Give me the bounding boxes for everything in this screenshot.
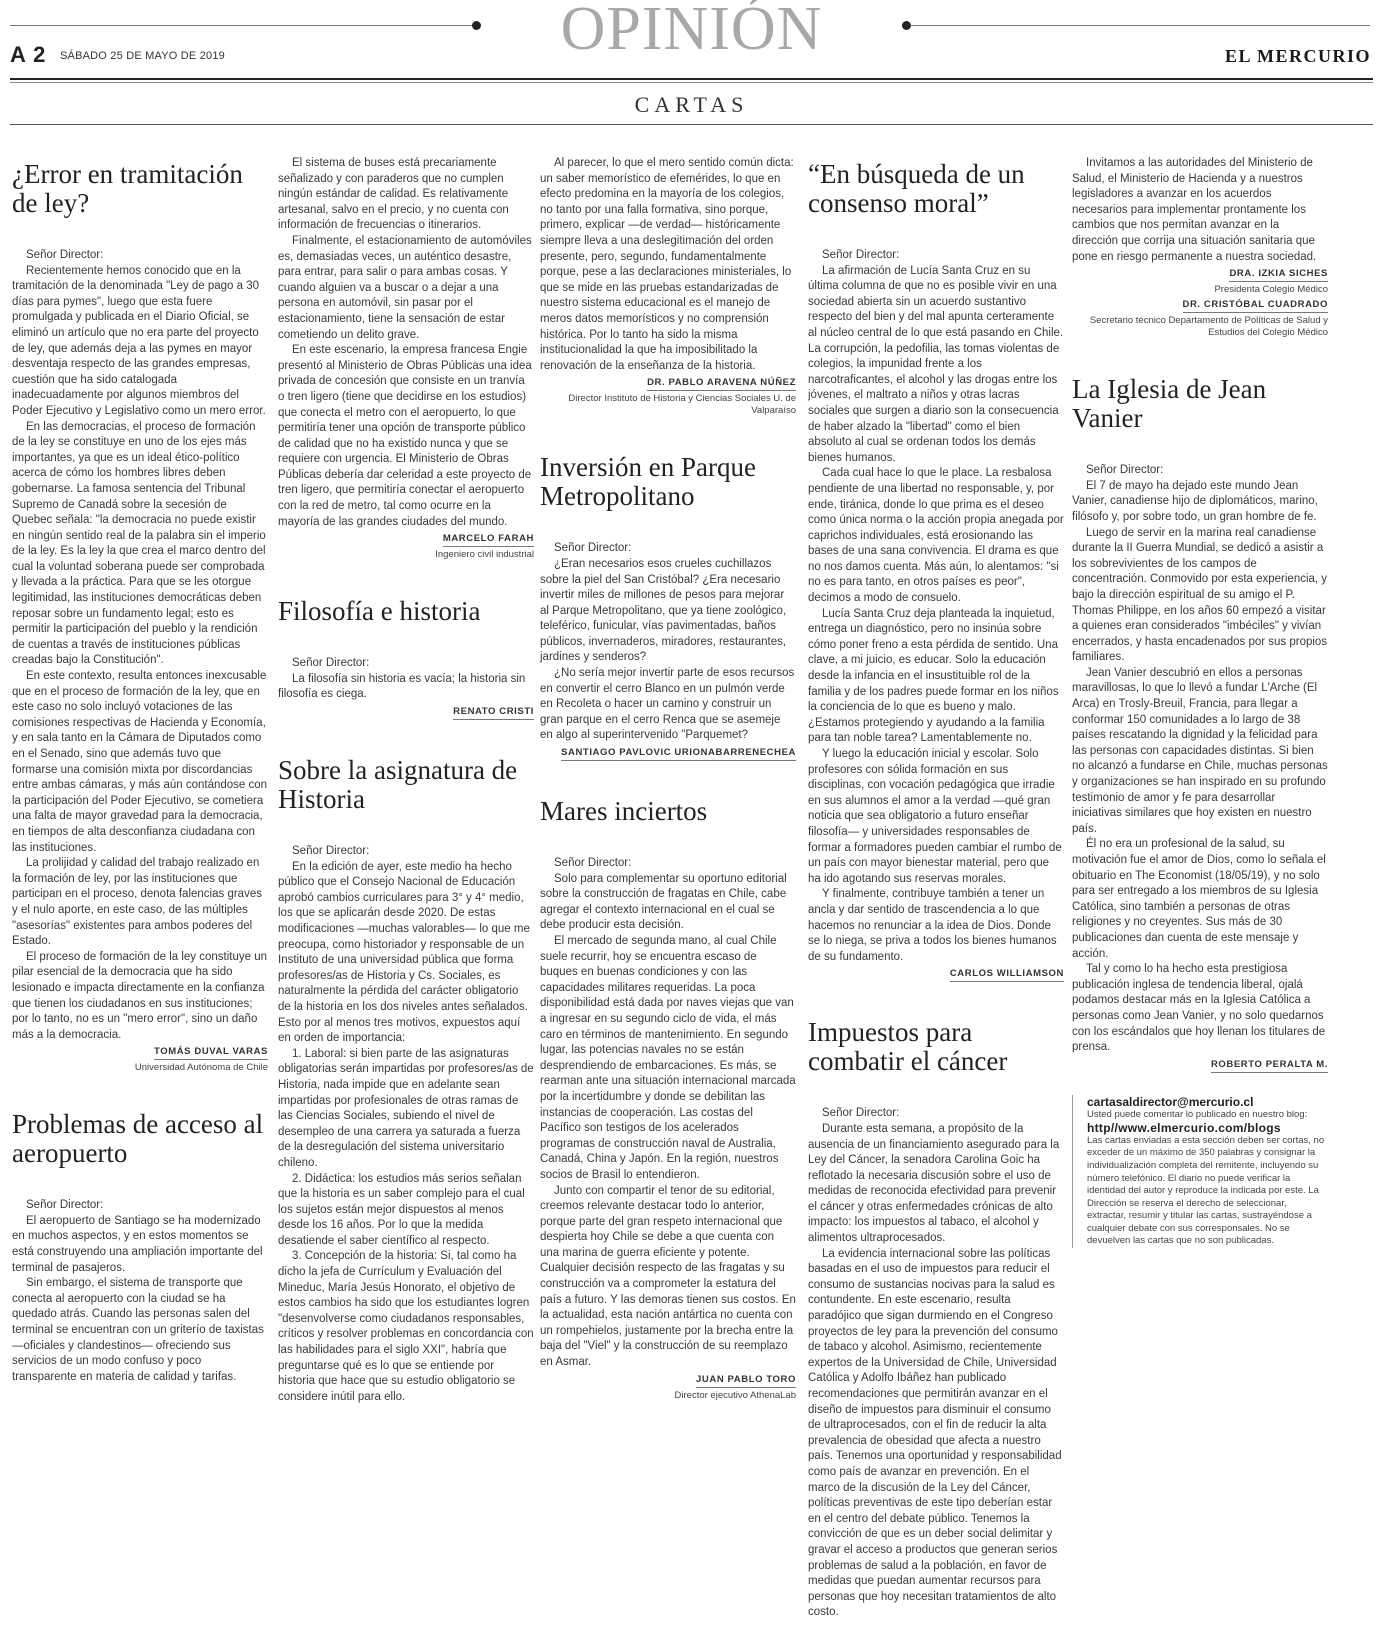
salutation: Señor Director:: [278, 656, 534, 672]
paragraph: El proceso de formación de la ley consti…: [12, 950, 268, 1044]
paragraph: Durante esta semana, a propósito de la a…: [808, 1122, 1064, 1247]
paragraph: 3. Concepción de la historia: Si, tal co…: [278, 1249, 534, 1405]
paragraph: Invitamos a las autoridades del Minister…: [1072, 156, 1328, 265]
signature: SANTIAGO PAVLOVIC URIONABARRENECHEA: [540, 747, 796, 761]
paragraph: Finalmente, el estacionamiento de automó…: [278, 234, 534, 343]
page-number: A 2: [10, 42, 46, 68]
paragraph: Tal y como lo ha hecho esta prestigiosa …: [1072, 962, 1328, 1056]
paragraph: Junto con compartir el tenor de su edito…: [540, 1184, 796, 1371]
newspaper-name: EL MERCURIO: [1225, 46, 1371, 67]
signature-name: DR. PABLO ARAVENA NÚÑEZ: [647, 377, 796, 391]
salutation: Señor Director:: [12, 248, 268, 264]
paragraph: Recientemente hemos conocido que en la t…: [12, 264, 268, 420]
signature-name: DR. CRISTÓBAL CUADRADO: [1183, 299, 1329, 313]
letter-headline: ¿Error en tramitación de ley?: [12, 160, 268, 218]
signature: TOMÁS DUVAL VARAS: [12, 1046, 268, 1060]
letter-headline: Sobre la asignatura de Historia: [278, 756, 534, 814]
paragraph: En la edición de ayer, este medio ha hec…: [278, 860, 534, 1047]
signature: DRA. IZKIA SICHES: [1072, 268, 1328, 282]
salutation: Señor Director:: [1072, 463, 1328, 479]
letter-acceso-aeropuerto-cont: El sistema de buses está precariamente s…: [278, 156, 534, 561]
issue-date: SÁBADO 25 DE MAYO DE 2019: [60, 50, 225, 62]
salutation: Señor Director:: [278, 844, 534, 860]
salutation: Señor Director:: [808, 1106, 1064, 1122]
subsection-divider: [10, 124, 1373, 125]
signature-name: TOMÁS DUVAL VARAS: [154, 1046, 268, 1060]
affiliation: Ingeniero civil industrial: [278, 549, 534, 561]
affiliation: Director Instituto de Historia y Ciencia…: [540, 393, 796, 417]
letter-impuestos-cancer-cont: Invitamos a las autoridades del Minister…: [1072, 156, 1328, 339]
letter-asignatura-historia: Sobre la asignatura de Historia Señor Di…: [278, 756, 534, 1405]
paragraph: La filosofía sin historia es vacía; la h…: [278, 672, 534, 703]
paragraph: Solo para complementar su oportuno edito…: [540, 872, 796, 934]
paragraph: Él no era un profesional de la salud, su…: [1072, 837, 1328, 962]
letter-headline: Inversión en Parque Metropolitano: [540, 453, 796, 511]
signature-name: MARCELO FARAH: [443, 533, 534, 547]
salutation: Señor Director:: [540, 541, 796, 557]
letter-headline: Problemas de acceso al aeropuerto: [12, 1110, 268, 1168]
submission-rules: Las cartas enviadas a esta sección deben…: [1087, 1135, 1328, 1248]
letter-headline: La Iglesia de Jean Vanier: [1072, 375, 1328, 433]
signature-name: JUAN PABLO TORO: [696, 1374, 796, 1388]
paragraph: Sin embargo, el sistema de transporte qu…: [12, 1276, 268, 1385]
paragraph: Jean Vanier descubrió en ellos a persona…: [1072, 666, 1328, 838]
affiliation: Secretario técnico Departamento de Polít…: [1072, 315, 1328, 339]
paragraph: Lucía Santa Cruz deja planteada la inqui…: [808, 607, 1064, 747]
signature-name: DRA. IZKIA SICHES: [1229, 268, 1328, 282]
paragraph: Y luego la educación inicial y escolar. …: [808, 747, 1064, 887]
letter-consenso-moral: “En búsqueda de un consenso moral” Señor…: [808, 160, 1064, 982]
salutation: Señor Director:: [808, 248, 1064, 264]
signature: JUAN PABLO TORO: [540, 1374, 796, 1388]
letter-iglesia-jean-vanier: La Iglesia de Jean Vanier Señor Director…: [1072, 375, 1328, 1073]
letter-mares-inciertos: Mares inciertos Señor Director: Solo par…: [540, 797, 796, 1402]
paragraph: La prolijidad y calidad del trabajo real…: [12, 856, 268, 950]
paragraph: En las democracias, el proceso de formac…: [12, 420, 268, 670]
salutation: Señor Director:: [540, 856, 796, 872]
contact-email-link[interactable]: cartasaldirector@mercurio.cl: [1087, 1095, 1328, 1109]
signature-name: ROBERTO PERALTA M.: [1211, 1059, 1328, 1073]
column-3: Al parecer, lo que el mero sentido común…: [540, 156, 796, 1402]
masthead-divider: [10, 78, 1373, 80]
paragraph: En este escenario, la empresa francesa E…: [278, 343, 534, 530]
paragraph: ¿Eran necesarios esos crueles cuchillazo…: [540, 557, 796, 666]
paragraph: ¿No sería mejor invertir parte de esos r…: [540, 666, 796, 744]
paragraph: Cada cual hace lo que le place. La resba…: [808, 466, 1064, 606]
signature: MARCELO FARAH: [278, 533, 534, 547]
masthead-divider-thin: [10, 82, 1373, 83]
letter-parque-metropolitano: Inversión en Parque Metropolitano Señor …: [540, 453, 796, 761]
affiliation: Presidenta Colegio Médico: [1072, 284, 1328, 296]
salutation: Señor Director:: [12, 1198, 268, 1214]
paragraph: El mercado de segunda mano, al cual Chil…: [540, 934, 796, 1184]
letter-impuestos-cancer: Impuestos para combatir el cáncer Señor …: [808, 1018, 1064, 1621]
affiliation: Director ejecutivo AthenaLab: [540, 1390, 796, 1402]
column-4: “En búsqueda de un consenso moral” Señor…: [808, 150, 1064, 1621]
letter-headline: Filosofía e historia: [278, 597, 534, 626]
paragraph: Al parecer, lo que el mero sentido común…: [540, 156, 796, 374]
signature-name: RENATO CRISTI: [453, 706, 534, 720]
letter-error-tramitacion: ¿Error en tramitación de ley? Señor Dire…: [12, 160, 268, 1074]
signature: RENATO CRISTI: [278, 706, 534, 720]
column-2: El sistema de buses está precariamente s…: [278, 156, 534, 1405]
signature-name: CARLOS WILLIAMSON: [950, 968, 1064, 982]
column-5: Invitamos a las autoridades del Minister…: [1072, 156, 1328, 1248]
signature-name: SANTIAGO PAVLOVIC URIONABARRENECHEA: [561, 747, 796, 761]
signature: ROBERTO PERALTA M.: [1072, 1059, 1328, 1073]
affiliation: Universidad Autónoma de Chile: [12, 1062, 268, 1074]
paragraph: El aeropuerto de Santiago se ha moderniz…: [12, 1214, 268, 1276]
paragraph: El 7 de mayo ha dejado este mundo Jean V…: [1072, 479, 1328, 526]
blog-url-link[interactable]: http//www.elmercurio.com/blogs: [1087, 1121, 1328, 1135]
paragraph: La afirmación de Lucía Santa Cruz en su …: [808, 264, 1064, 467]
letter-acceso-aeropuerto: Problemas de acceso al aeropuerto Señor …: [12, 1110, 268, 1385]
subsection-title: CARTAS: [0, 92, 1383, 118]
signature: DR. CRISTÓBAL CUADRADO: [1072, 299, 1328, 313]
signature: CARLOS WILLIAMSON: [808, 968, 1064, 982]
paragraph: La evidencia internacional sobre las pol…: [808, 1247, 1064, 1621]
paragraph: En este contexto, resulta entonces inexc…: [12, 669, 268, 856]
letter-headline: Mares inciertos: [540, 797, 796, 826]
signature: DR. PABLO ARAVENA NÚÑEZ: [540, 377, 796, 391]
paragraph: Y finalmente, contribuye también a tener…: [808, 887, 1064, 965]
letter-headline: Impuestos para combatir el cáncer: [808, 1018, 1064, 1076]
paragraph: 2. Didáctica: los estudios más serios se…: [278, 1172, 534, 1250]
blog-intro: Usted puede comentar lo publicado en nue…: [1087, 1109, 1328, 1121]
letter-headline: “En búsqueda de un consenso moral”: [808, 160, 1064, 218]
paragraph: 1. Laboral: si bien parte de las asignat…: [278, 1047, 534, 1172]
column-1: ¿Error en tramitación de ley? Señor Dire…: [12, 150, 268, 1385]
letter-filosofia-historia: Filosofía e historia Señor Director: La …: [278, 597, 534, 720]
submission-info-box: cartasaldirector@mercurio.cl Usted puede…: [1072, 1095, 1328, 1248]
letter-asignatura-historia-cont: Al parecer, lo que el mero sentido común…: [540, 156, 796, 417]
paragraph: El sistema de buses está precariamente s…: [278, 156, 534, 234]
masthead: OPINIÓN A 2 SÁBADO 25 DE MAYO DE 2019 EL…: [0, 0, 1383, 130]
paragraph: Luego de servir en la marina real canadi…: [1072, 526, 1328, 666]
